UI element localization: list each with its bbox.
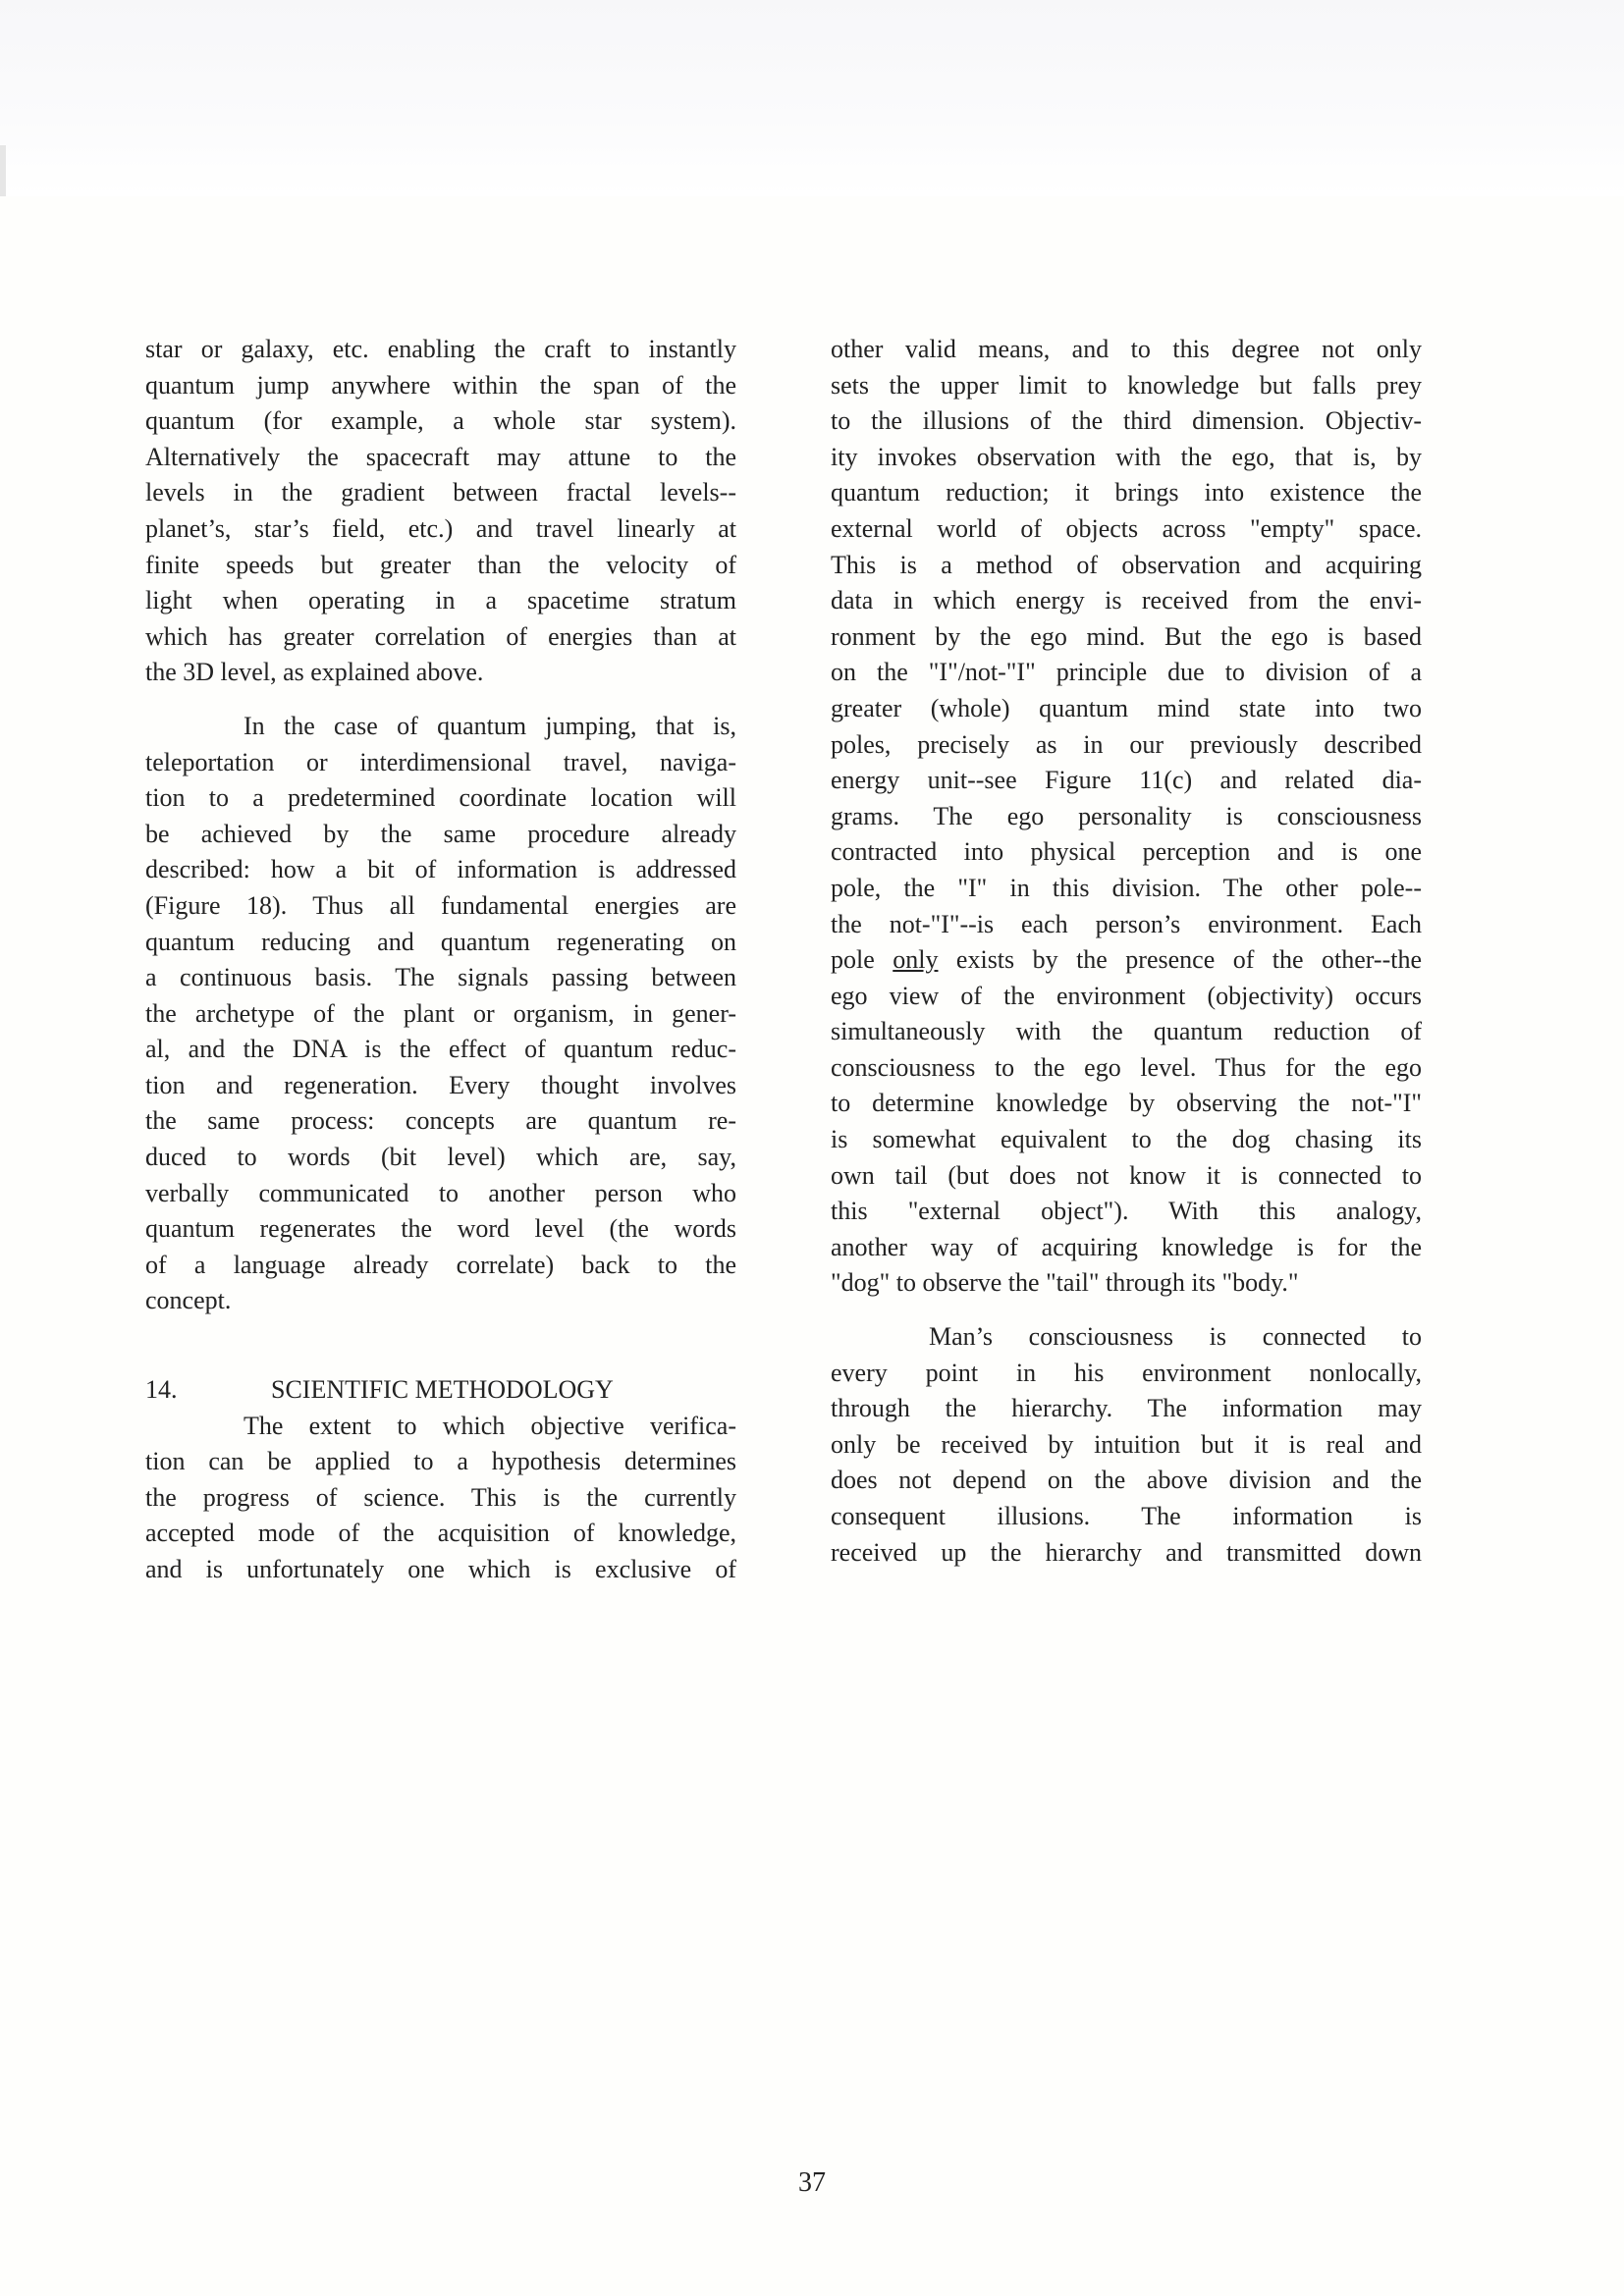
text-line: pole, the "I" in this division. The othe…	[831, 871, 1422, 907]
text-line: ity invokes observation with the ego, th…	[831, 440, 1422, 476]
text-line: does not depend on the above division an…	[831, 1463, 1422, 1499]
section-title: SCIENTIFIC METHODOLOGY	[271, 1372, 614, 1409]
text-line: is somewhat equivalent to the dog chasin…	[831, 1122, 1422, 1158]
text-line: through the hierarchy. The information m…	[831, 1391, 1422, 1427]
text-line: ronment by the ego mind. But the ego is …	[831, 619, 1422, 656]
text-line: Alternatively the spacecraft may attune …	[145, 440, 736, 476]
text-line: verbally communicated to another person …	[145, 1176, 736, 1212]
underlined-word: only	[893, 945, 938, 974]
text-line: be achieved by the same procedure alread…	[145, 817, 736, 853]
text-line: sets the upper limit to knowledge but fa…	[831, 368, 1422, 404]
text-line: duced to words (bit level) which are, sa…	[145, 1140, 736, 1176]
section-number: 14.	[145, 1372, 271, 1409]
text-line: The extent to which objective verifica-	[145, 1409, 736, 1445]
left-column: star or galaxy, etc. enabling the craft …	[145, 332, 736, 1588]
text-fragment: pole	[831, 945, 893, 974]
text-line: concept.	[145, 1283, 736, 1319]
text-line: accepted mode of the acquisition of know…	[145, 1516, 736, 1552]
text-line: to the illusions of the third dimension.…	[831, 403, 1422, 440]
text-line: tion to a predetermined coordinate locat…	[145, 780, 736, 817]
text-line: levels in the gradient between fractal l…	[145, 475, 736, 511]
text-line: the same process: concepts are quantum r…	[145, 1103, 736, 1140]
text-fragment: exists by the presence of the other--the	[938, 945, 1422, 974]
text-line: energy unit--see Figure 11(c) and relate…	[831, 763, 1422, 799]
text-line: the archetype of the plant or organism, …	[145, 996, 736, 1033]
text-line: received up the hierarchy and transmitte…	[831, 1535, 1422, 1572]
text-line: of a language already correlate) back to…	[145, 1248, 736, 1284]
text-line: this "external object"). With this analo…	[831, 1194, 1422, 1230]
text-line: quantum regenerates the word level (the …	[145, 1211, 736, 1248]
text-line: on the "I"/not-"I" principle due to divi…	[831, 655, 1422, 691]
text-line: described: how a bit of information is a…	[145, 852, 736, 888]
text-line: own tail (but does not know it is connec…	[831, 1158, 1422, 1195]
text-line: teleportation or interdimensional travel…	[145, 745, 736, 781]
text-line: a continuous basis. The signals passing …	[145, 960, 736, 996]
text-line: "dog" to observe the "tail" through its …	[831, 1265, 1422, 1302]
text-line: contracted into physical perception and …	[831, 834, 1422, 871]
text-line: the progress of science. This is the cur…	[145, 1480, 736, 1517]
text-line: consequent illusions. The information is	[831, 1499, 1422, 1535]
text-line: the 3D level, as explained above.	[145, 655, 736, 691]
paragraph-gap	[831, 1302, 1422, 1319]
paragraph: star or galaxy, etc. enabling the craft …	[145, 332, 736, 691]
scan-shadow-top	[0, 0, 1624, 196]
text-line: other valid means, and to this degree no…	[831, 332, 1422, 368]
text-line: simultaneously with the quantum reductio…	[831, 1014, 1422, 1050]
text-line: every point in his environment nonlocall…	[831, 1356, 1422, 1392]
text-line: only be received by intuition but it is …	[831, 1427, 1422, 1464]
section-heading: 14. SCIENTIFIC METHODOLOGY	[145, 1372, 736, 1409]
text-line: planet’s, star’s field, etc.) and travel…	[145, 511, 736, 548]
text-line: star or galaxy, etc. enabling the craft …	[145, 332, 736, 368]
paragraph: The extent to which objective verifica- …	[145, 1409, 736, 1588]
text-line: and is unfortunately one which is exclus…	[145, 1552, 736, 1588]
text-line: which has greater correlation of energie…	[145, 619, 736, 656]
text-line: grams. The ego personality is consciousn…	[831, 799, 1422, 835]
text-line: external world of objects across "empty"…	[831, 511, 1422, 548]
text-line: quantum reduction; it brings into existe…	[831, 475, 1422, 511]
text-line: (Figure 18). Thus all fundamental energi…	[145, 888, 736, 925]
text-line: to determine knowledge by observing the …	[831, 1086, 1422, 1122]
text-line: consciousness to the ego level. Thus for…	[831, 1050, 1422, 1087]
section-gap	[145, 1319, 736, 1372]
text-line: data in which energy is received from th…	[831, 583, 1422, 619]
text-line: quantum (for example, a whole star syste…	[145, 403, 736, 440]
text-line-with-emphasis: pole only exists by the presence of the …	[831, 942, 1422, 979]
text-line: Man’s consciousness is connected to	[831, 1319, 1422, 1356]
page-number: 37	[0, 2167, 1624, 2199]
right-column: other valid means, and to this degree no…	[831, 332, 1422, 1571]
text-line: This is a method of observation and acqu…	[831, 548, 1422, 584]
paragraph: In the case of quantum jumping, that is,…	[145, 709, 736, 1319]
text-line: tion can be applied to a hypothesis dete…	[145, 1444, 736, 1480]
text-line: the not-"I"--is each person’s environmen…	[831, 907, 1422, 943]
text-line: al, and the DNA is the effect of quantum…	[145, 1032, 736, 1068]
text-line: finite speeds but greater than the veloc…	[145, 548, 736, 584]
text-line: In the case of quantum jumping, that is,	[145, 709, 736, 745]
text-line: poles, precisely as in our previously de…	[831, 727, 1422, 764]
text-line: quantum jump anywhere within the span of…	[145, 368, 736, 404]
text-line: ego view of the environment (objectivity…	[831, 979, 1422, 1015]
text-line: light when operating in a spacetime stra…	[145, 583, 736, 619]
text-line: quantum reducing and quantum regeneratin…	[145, 925, 736, 961]
paragraph: Man’s consciousness is connected to ever…	[831, 1319, 1422, 1571]
text-line: tion and regeneration. Every thought inv…	[145, 1068, 736, 1104]
paragraph: other valid means, and to this degree no…	[831, 332, 1422, 1302]
paragraph-gap	[145, 691, 736, 709]
text-line: another way of acquiring knowledge is fo…	[831, 1230, 1422, 1266]
text-line: greater (whole) quantum mind state into …	[831, 691, 1422, 727]
